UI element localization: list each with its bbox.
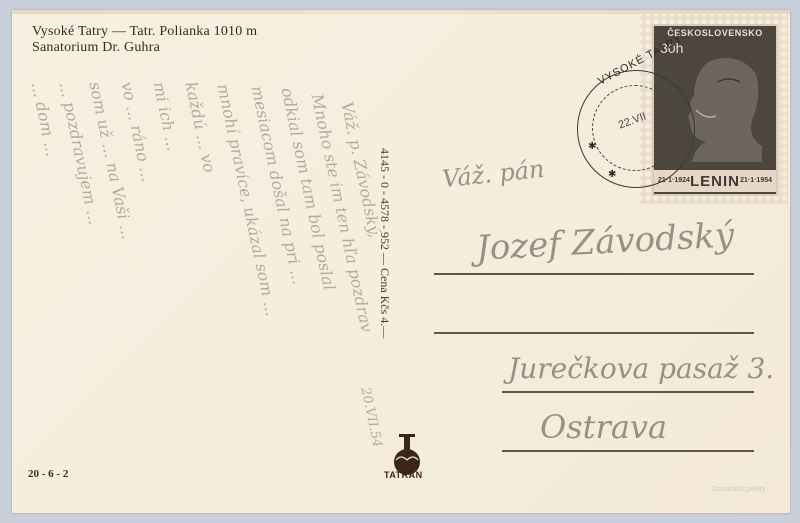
series-number: 20 - 6 - 2: [28, 468, 68, 480]
address-line-3: [502, 391, 754, 393]
watermark: Zpostcard.gallery: [712, 486, 766, 493]
postmark-star-icon: ✱: [608, 169, 616, 180]
stamp-name: LENIN: [690, 173, 740, 190]
address-city: Ostrava: [540, 408, 667, 446]
postmark: VYSOKÉ TATRY 22.VII ✱ ✱: [577, 70, 695, 188]
caption-line-1: Vysoké Tatry — Tatr. Polianka 1010 m: [32, 24, 257, 40]
postmark-inner-ring: [592, 85, 678, 171]
address-street: Jurečkova pasaž 3.: [508, 352, 774, 385]
address-line-4: [502, 450, 754, 452]
address-line-1: [434, 273, 754, 275]
postcard-caption: Vysoké Tatry — Tatr. Polianka 1010 m San…: [32, 24, 257, 56]
address-line-2: [434, 332, 754, 334]
postmark-star-icon: ✱: [588, 141, 596, 152]
publisher-logo-text: TATRAN: [384, 470, 423, 480]
print-id-text: 4145 - 0 - 4578 - 952 — Cena Kčs 4.—: [372, 148, 392, 388]
stamp-date-right: 21·1·1954: [740, 177, 772, 185]
caption-line-2: Sanatorium Dr. Guhra: [32, 40, 257, 56]
